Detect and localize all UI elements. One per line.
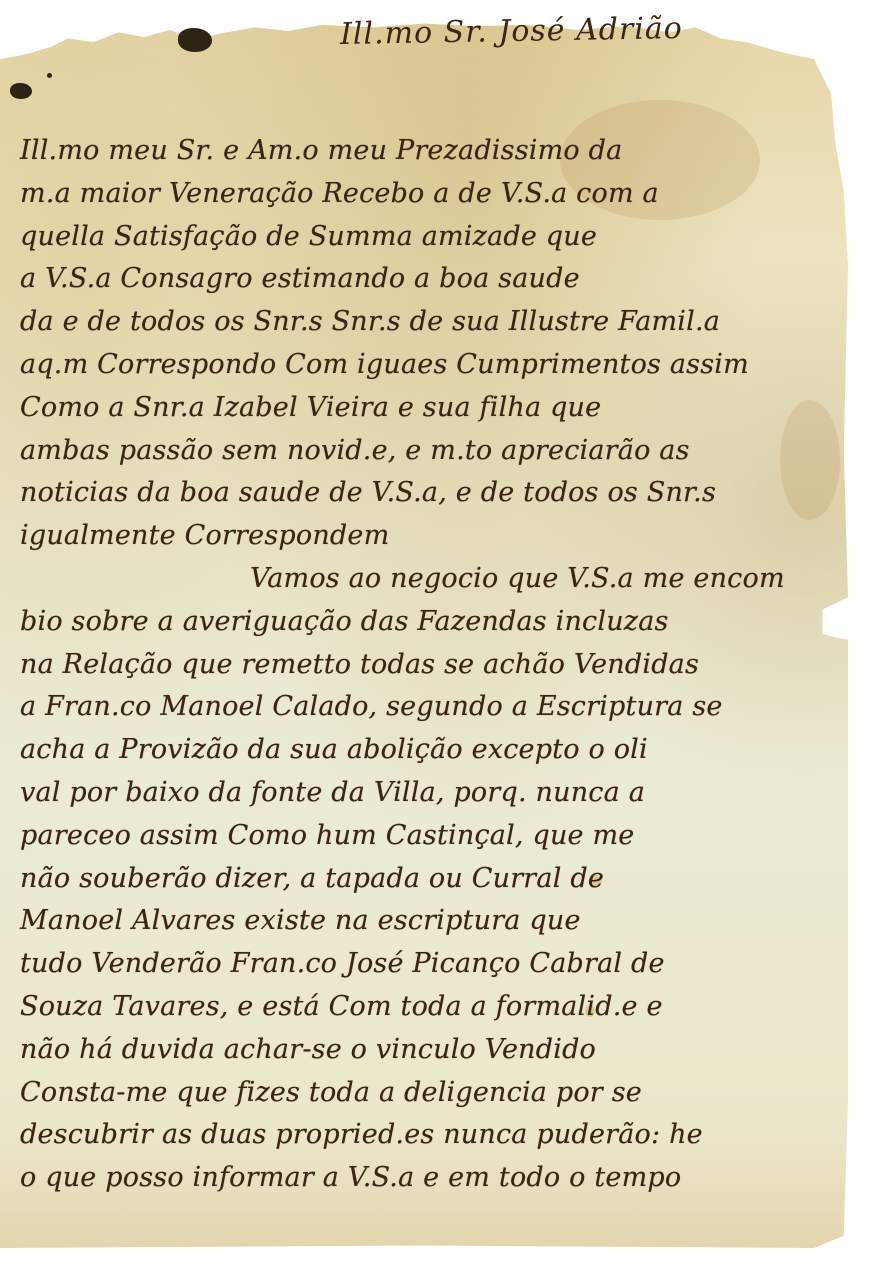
letter-line: pareceo assim Como hum Castinçal, que me xyxy=(20,815,840,858)
letter-line: na Relação que remetto todas se achão Ve… xyxy=(20,644,840,687)
ink-blot xyxy=(10,83,32,99)
letter-line: Consta-me que fizes toda a deligencia po… xyxy=(20,1072,840,1115)
letter-line: não há duvida achar-se o vinculo Vendido xyxy=(20,1029,840,1072)
letter-line: não souberão dizer, a tapada ou Curral d… xyxy=(20,858,840,901)
letter-line: a Fran.co Manoel Calado, segundo a Escri… xyxy=(20,686,840,729)
letter-line: Como a Snr.a Izabel Vieira e sua filha q… xyxy=(20,387,840,430)
letter-line: val por baixo da fonte da Villa, porq. n… xyxy=(20,772,840,815)
letter-line: Manoel Alvares existe na escriptura que xyxy=(20,900,840,943)
letter-line: m.a maior Veneração Recebo a de V.S.a co… xyxy=(20,173,840,216)
letter-line: a V.S.a Consagro estimando a boa saude xyxy=(20,258,840,301)
letter-line: ambas passão sem novid.e, e m.to aprecia… xyxy=(20,430,840,473)
letter-line: noticias da boa saude de V.S.a, e de tod… xyxy=(20,472,840,515)
ink-blot xyxy=(178,28,212,52)
letter-addressee-heading: Ill.mo Sr. José Adrião xyxy=(340,11,683,52)
letter-line: descubrir as duas propried.es nunca pude… xyxy=(20,1114,840,1157)
letter-line: o que posso informar a V.S.a e em todo o… xyxy=(20,1157,840,1200)
letter-line: tudo Venderão Fran.co José Picanço Cabra… xyxy=(20,943,840,986)
letter-line: aq.m Correspondo Com iguaes Cumprimentos… xyxy=(20,344,840,387)
letter-line: Ill.mo meu Sr. e Am.o meu Prezadissimo d… xyxy=(20,130,840,173)
letter-line: Souza Tavares, e está Com toda a formali… xyxy=(20,986,840,1029)
letter-body: Ill.mo meu Sr. e Am.o meu Prezadissimo d… xyxy=(20,130,840,1200)
letter-line: acha a Provizão da sua abolição excepto … xyxy=(20,729,840,772)
letter-line: bio sobre a averiguação das Fazendas inc… xyxy=(20,601,840,644)
letter-line: quella Satisfação de Summa amizade que xyxy=(20,216,840,259)
letter-line: da e de todos os Snr.s Snr.s de sua Illu… xyxy=(20,301,840,344)
letter-line: igualmente Correspondem xyxy=(20,515,840,558)
ink-blot xyxy=(47,73,52,78)
letter-paragraph-start: Vamos ao negocio que V.S.a me encom xyxy=(20,558,840,601)
